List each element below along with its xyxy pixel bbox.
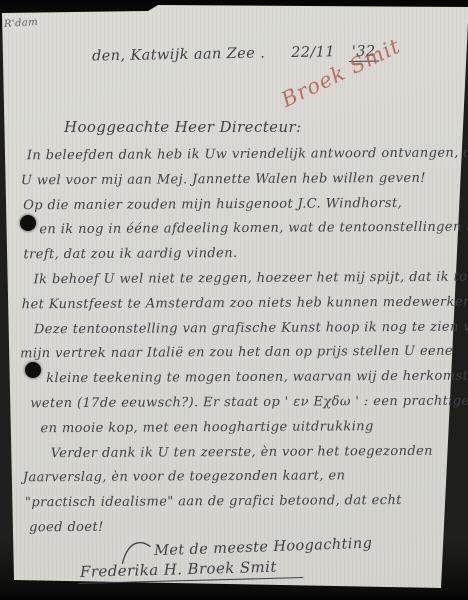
closing-text: Met de meeste Hoogachting xyxy=(154,536,373,560)
dateline-place: den, Katwijk aan Zee . xyxy=(92,45,265,64)
letter-body: In beleefden dank heb ik Uw vriendelijk … xyxy=(19,142,453,541)
letter-line: Op die manier zouden mijn huisgenoot J.C… xyxy=(23,191,451,218)
letter-line: kleine teekening te mogen toonen, waarva… xyxy=(46,365,452,392)
letter-line: "practisch idealisme" aan de grafici bet… xyxy=(25,489,453,516)
letter-line: Jaarverslag, èn voor de toegezonden kaar… xyxy=(23,464,453,491)
letter-line: het Kunstfeest te Amsterdam zoo niets he… xyxy=(22,290,452,317)
letter-line: Ik behoef U wel niet te zeggen, hoezeer … xyxy=(34,266,452,293)
letter-line: weten (17de eeuwsch?). Er staat op ' εν … xyxy=(30,390,452,417)
salutation: Hooggeachte Heer Directeur: xyxy=(64,118,302,136)
letter-line: U wel voor mij aan Mej. Jannette Walen h… xyxy=(21,166,451,193)
letter-line: In beleefden dank heb ik Uw vriendelijk … xyxy=(27,142,451,169)
letter-line: Verder dank ik U ten zeerste, èn voor he… xyxy=(51,439,453,466)
letter-line: mijn vertrek naar Italië en zou het dan … xyxy=(20,340,452,367)
letter-line: Deze tentoonstelling van grafische Kunst… xyxy=(34,315,452,342)
letter-line: en mooie kop, met een hooghartige uitdru… xyxy=(40,414,452,441)
scanned-letter-photo: R'dam den, Katwijk aan Zee .22/11'32 Bro… xyxy=(0,0,468,600)
letter-line: treft, dat zou ik aardig vinden. xyxy=(23,241,451,268)
dateline-date: 22/11 xyxy=(291,44,335,61)
letter-line: en ik nog in ééne afdeeling komen, wat d… xyxy=(39,216,451,243)
